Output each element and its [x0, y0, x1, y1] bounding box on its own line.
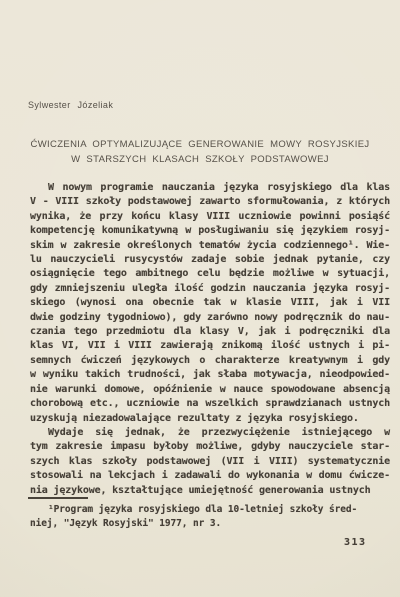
- footnote-separator: [28, 497, 88, 499]
- body-line: chorobową etc., uczniowie na wszelkich s…: [30, 397, 390, 411]
- body-line: V - VIII szkoły podstawowej zawarto sfor…: [30, 195, 390, 209]
- page-number: 313: [344, 537, 367, 548]
- body-line: klas VI, VII i VIII zawierają znikomą il…: [30, 339, 390, 353]
- body-line: W nowym programie nauczania języka rosyj…: [30, 181, 390, 195]
- body-line: wynika, że przy końcu klasy VIII uczniow…: [30, 210, 390, 224]
- body-line: skim w zakresie określonych tematów życi…: [30, 239, 390, 253]
- article-title-line1: ĆWICZENIA OPTYMALIZUJĄCE GENEROWANIE MOW…: [10, 138, 390, 153]
- author-name: Sylwester Józeliak: [28, 100, 113, 110]
- body-line: uzyskują niezadowalające rezultaty z jęz…: [30, 412, 390, 426]
- footnote-line: niej, "Język Rosyjski" 1977, nr 3.: [30, 517, 390, 531]
- body-line: czania tego przedmiotu dla klasy V, jak …: [30, 325, 390, 339]
- body-line: nia językowe, kształtujące umiejętność g…: [30, 484, 390, 498]
- body-line: dwie godziny tygodniowo), gdy zarówno no…: [30, 311, 390, 325]
- body-line: gdy zmniejszeniu uległa ilość godzin nau…: [30, 282, 390, 296]
- body-line: nie warunki domowe, opóźnienie w nauce s…: [30, 383, 390, 397]
- body-line: tym zakresie impasu byłoby możliwe, gdyb…: [30, 440, 390, 454]
- footnote-line: ¹Program języka rosyjskiego dla 10-letni…: [30, 503, 390, 517]
- article-title: ĆWICZENIA OPTYMALIZUJĄCE GENEROWANIE MOW…: [10, 138, 390, 167]
- footnote: ¹Program języka rosyjskiego dla 10-letni…: [30, 503, 390, 530]
- body-line: kompetencję komunikatywną w posługiwaniu…: [30, 224, 390, 238]
- body-line: semnych ćwiczeń językowych o charakterze…: [30, 354, 390, 368]
- document-page: Sylwester Józeliak ĆWICZENIA OPTYMALIZUJ…: [0, 0, 400, 597]
- body-line: w wyniku takich trudności, jak słaba mot…: [30, 368, 390, 382]
- body-line: lu nauczycieli rusycystów zadaje sobie j…: [30, 253, 390, 267]
- body-line: skiego (wynosi ona obecnie tak w klasie …: [30, 296, 390, 310]
- article-title-line2: W STARSZYCH KLASACH SZKOŁY PODSTAWOWEJ: [10, 153, 390, 168]
- body-text: W nowym programie nauczania języka rosyj…: [30, 181, 390, 498]
- body-line: osiągnięcie tego ambitnego celu będzie m…: [30, 267, 390, 281]
- body-line: stosowali na lekcjach i zadawali do wyko…: [30, 469, 390, 483]
- body-line: szych klas szkoły podstawowej (VII i VII…: [30, 455, 390, 469]
- body-line: Wydaje się jednak, że przezwyciężenie is…: [30, 426, 390, 440]
